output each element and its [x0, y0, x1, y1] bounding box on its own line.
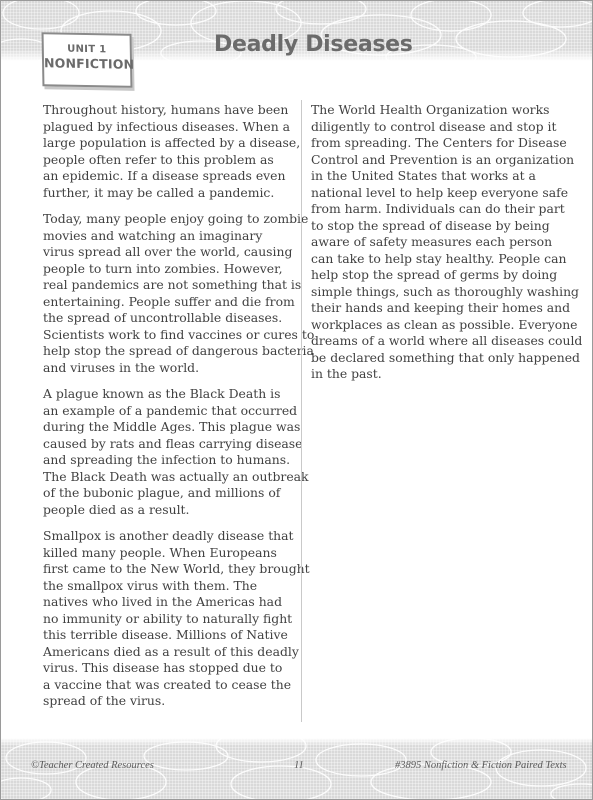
- text-line: of the bubonic plague, and millions of: [43, 485, 293, 502]
- paragraph-smallpox: Smallpox is another deadly disease that …: [43, 528, 293, 710]
- text-line: from spreading. The Centers for Disease: [311, 135, 571, 152]
- text-line: the smallpox virus with them. The: [43, 578, 293, 595]
- text-line: a vaccine that was created to cease the: [43, 677, 293, 694]
- text-line: Control and Prevention is an organizatio…: [311, 152, 571, 169]
- column-divider: [301, 100, 302, 722]
- text-line: A plague known as the Black Death is: [43, 386, 293, 403]
- unit-type-label: NONFICTION: [44, 55, 130, 72]
- text-line: in the United States that works at a: [311, 168, 571, 185]
- unit-badge: UNIT 1 NONFICTION: [42, 32, 133, 88]
- text-line: virus spread all over the world, causing: [43, 244, 293, 261]
- text-line: caused by rats and fleas carrying diseas…: [43, 436, 293, 453]
- left-column: Throughout history, humans have been pla…: [43, 102, 293, 720]
- text-line: aware of safety measures each person: [311, 234, 571, 251]
- text-line: simple things, such as thoroughly washin…: [311, 284, 571, 301]
- text-line: Scientists work to find vaccines or cure…: [43, 327, 293, 344]
- paragraph-black-death: A plague known as the Black Death is an …: [43, 386, 293, 518]
- text-line: during the Middle Ages. This plague was: [43, 419, 293, 436]
- text-line: Smallpox is another deadly disease that: [43, 528, 293, 545]
- text-line: from harm. Individuals can do their part: [311, 201, 571, 218]
- text-line: real pandemics are not something that is: [43, 277, 293, 294]
- text-line: dreams of a world where all diseases cou…: [311, 333, 571, 350]
- text-line: an example of a pandemic that occurred: [43, 403, 293, 420]
- footer-book-title: #3895 Nonfiction & Fiction Paired Texts: [395, 760, 567, 771]
- text-line: and viruses in the world.: [43, 360, 293, 377]
- text-line: natives who lived in the Americas had: [43, 594, 293, 611]
- text-line: help stop the spread of germs by doing: [311, 267, 571, 284]
- text-line: be declared something that only happened: [311, 350, 571, 367]
- text-line: can take to help stay healthy. People ca…: [311, 251, 571, 268]
- text-line: to stop the spread of disease by being: [311, 218, 571, 235]
- text-line: their hands and keeping their homes and: [311, 300, 571, 317]
- right-column: The World Health Organization works dili…: [311, 102, 571, 393]
- footer-page-number: 11: [294, 760, 304, 771]
- text-line: Americans died as a result of this deadl…: [43, 644, 293, 661]
- text-line: people to turn into zombies. However,: [43, 261, 293, 278]
- text-line: diligently to control disease and stop i…: [311, 119, 571, 136]
- page-title: Deadly Diseases: [214, 32, 413, 57]
- text-line: this terrible disease. Millions of Nativ…: [43, 627, 293, 644]
- text-line: killed many people. When Europeans: [43, 545, 293, 562]
- text-line: an epidemic. If a disease spreads even: [43, 168, 293, 185]
- text-line: in the past.: [311, 366, 571, 383]
- footer-publisher: ©Teacher Created Resources: [31, 760, 154, 771]
- text-line: The Black Death was actually an outbreak: [43, 469, 293, 486]
- paragraph-zombie-movies: Today, many people enjoy going to zombie…: [43, 211, 293, 376]
- text-line: people often refer to this problem as: [43, 152, 293, 169]
- text-line: movies and watching an imaginary: [43, 228, 293, 245]
- text-line: no immunity or ability to naturally figh…: [43, 611, 293, 628]
- print-speck: [571, 292, 573, 294]
- text-line: people died as a result.: [43, 502, 293, 519]
- text-line: and spreading the infection to humans.: [43, 452, 293, 469]
- unit-label: UNIT 1: [44, 43, 130, 56]
- text-line: entertaining. People suffer and die from: [43, 294, 293, 311]
- paragraph-who: The World Health Organization works dili…: [311, 102, 571, 383]
- text-line: help stop the spread of dangerous bacter…: [43, 343, 293, 360]
- text-line: first came to the New World, they brough…: [43, 561, 293, 578]
- text-line: national level to help keep everyone saf…: [311, 185, 571, 202]
- text-line: workplaces as clean as possible. Everyon…: [311, 317, 571, 334]
- text-line: virus. This disease has stopped due to: [43, 660, 293, 677]
- text-line: spread of the virus.: [43, 693, 293, 710]
- text-line: plagued by infectious diseases. When a: [43, 119, 293, 136]
- text-line: Throughout history, humans have been: [43, 102, 293, 119]
- text-line: large population is affected by a diseas…: [43, 135, 293, 152]
- text-line: further, it may be called a pandemic.: [43, 185, 293, 202]
- text-line: The World Health Organization works: [311, 102, 571, 119]
- paragraph-history: Throughout history, humans have been pla…: [43, 102, 293, 201]
- text-line: the spread of uncontrollable diseases.: [43, 310, 293, 327]
- text-line: Today, many people enjoy going to zombie: [43, 211, 293, 228]
